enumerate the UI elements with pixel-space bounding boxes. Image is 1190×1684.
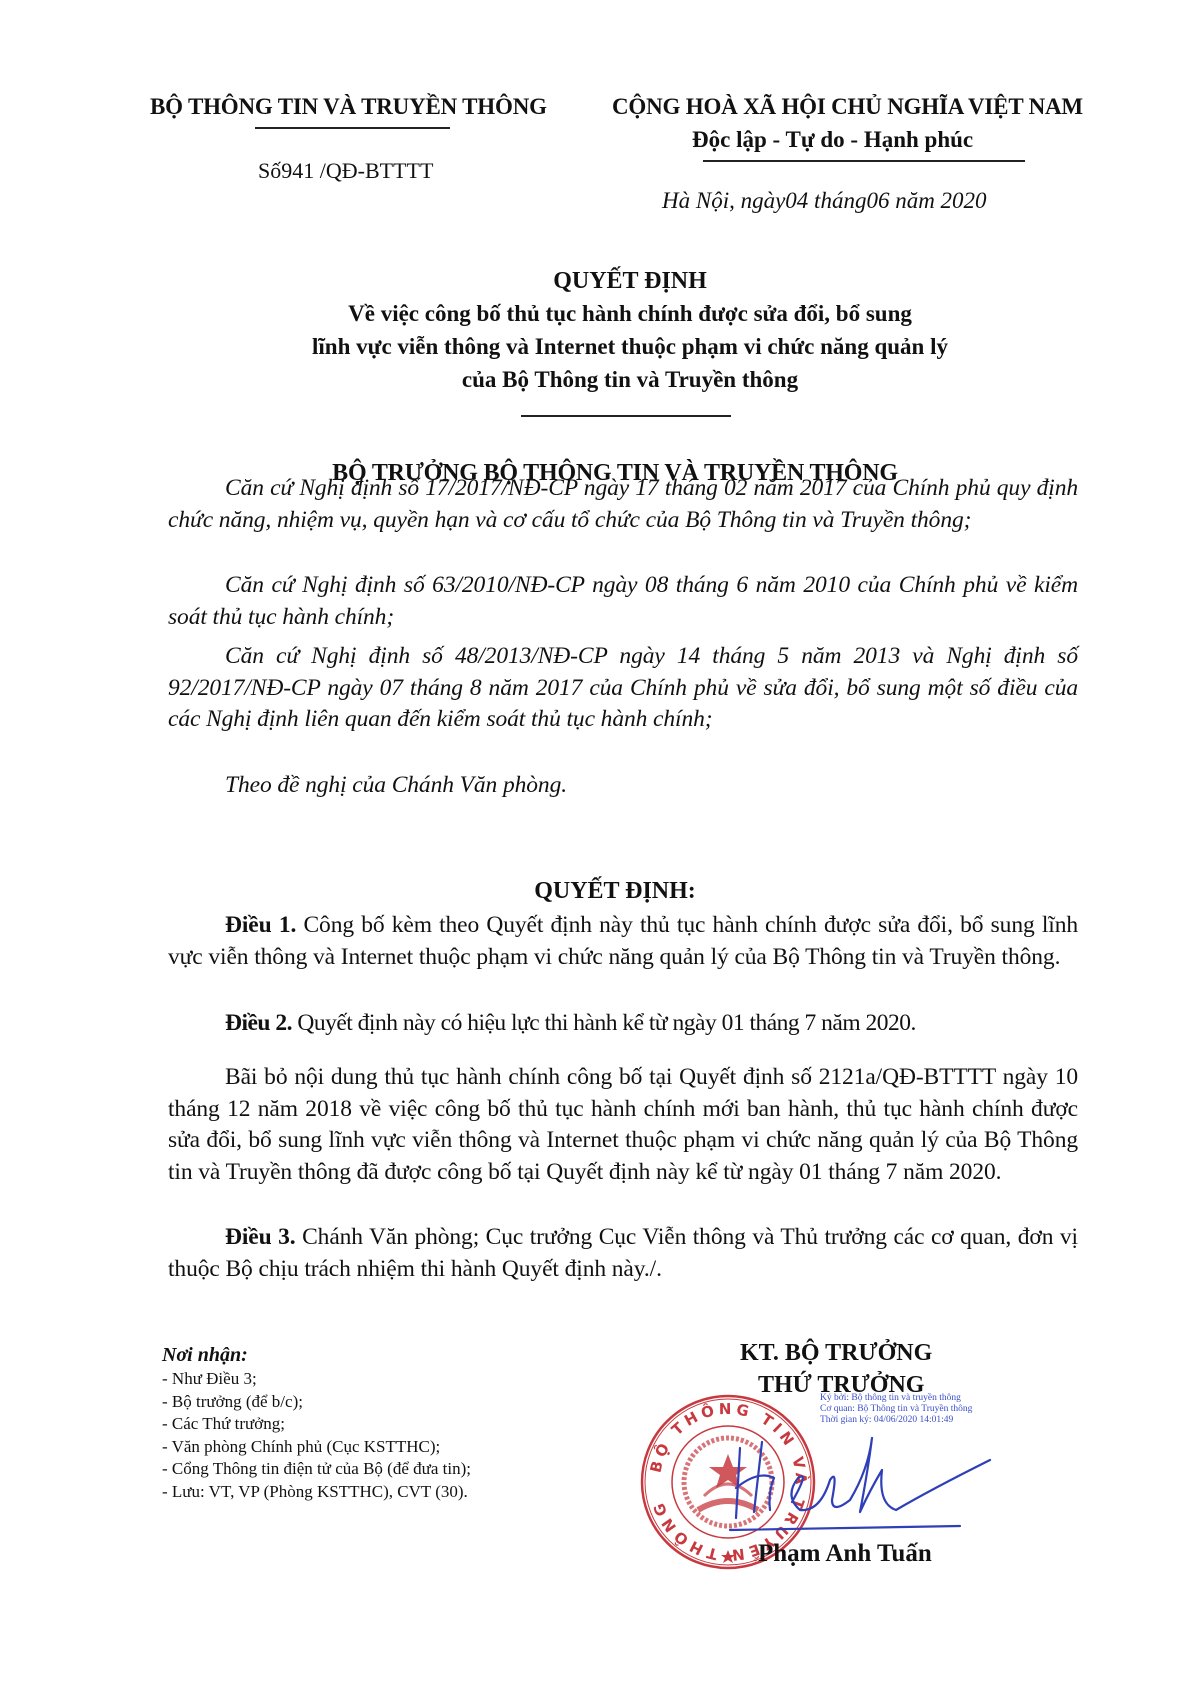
decide-heading: QUYẾT ĐỊNH: xyxy=(150,878,1080,905)
digital-signature-agency: Cơ quan: Bộ Thông tin và Truyền thông xyxy=(820,1404,972,1415)
digital-signature-info: Ký bởi: Bộ thông tin và truyền thông Cơ … xyxy=(820,1393,972,1426)
recipients-list: Nơi nhận: - Như Điều 3; - Bộ trưởng (để … xyxy=(162,1342,471,1503)
preamble-paragraph: Căn cứ Nghị định số 48/2013/NĐ-CP ngày 1… xyxy=(168,641,1078,736)
preamble-paragraph: Theo đề nghị của Chánh Văn phòng. xyxy=(168,770,1078,802)
article-label: Điều 2. xyxy=(225,1010,292,1036)
national-motto: Độc lập - Tự do - Hạnh phúc xyxy=(692,127,973,153)
recipient-item: - Bộ trưởng (để b/c); xyxy=(162,1391,471,1414)
decision-title-block: QUYẾT ĐỊNH Về việc công bố thủ tục hành … xyxy=(180,265,1080,396)
ministry-underline xyxy=(255,127,450,129)
signer-name: Phạm Anh Tuấn xyxy=(758,1540,932,1568)
article-1: Điều 1. Công bố kèm theo Quyết định này … xyxy=(168,910,1078,973)
article-text: Chánh Văn phòng; Cục trưởng Cục Viễn thô… xyxy=(168,1224,1078,1282)
decision-subject-line: của Bộ Thông tin và Truyền thông xyxy=(180,363,1080,396)
recipient-item: - Cổng Thông tin điện tử của Bộ (để đưa … xyxy=(162,1458,471,1481)
digital-signature-signer: Ký bởi: Bộ thông tin và truyền thông xyxy=(820,1393,972,1404)
article-2: Điều 2. Quyết định này có hiệu lực thi h… xyxy=(168,1008,1078,1040)
recipient-item: - Như Điều 3; xyxy=(162,1368,471,1391)
article-label: Điều 1. xyxy=(225,912,296,938)
article-2-repeal: Bãi bỏ nội dung thủ tục hành chính công … xyxy=(168,1062,1078,1188)
recipient-item: - Văn phòng Chính phủ (Cục KSTTHC); xyxy=(162,1436,471,1459)
title-separator xyxy=(521,415,731,417)
decision-subject-line: Về việc công bố thủ tục hành chính được … xyxy=(180,297,1080,330)
preamble-paragraph: Căn cứ Nghị định số 17/2017/NĐ-CP ngày 1… xyxy=(168,473,1078,536)
national-title: CỘNG HOÀ XÃ HỘI CHỦ NGHĨA VIỆT NAM xyxy=(612,94,1083,120)
decision-title: QUYẾT ĐỊNH xyxy=(180,265,1080,297)
article-label: Điều 3. xyxy=(225,1224,296,1250)
signature-title-primary: KT. BỘ TRƯỞNG xyxy=(740,1340,932,1367)
recipient-item: - Các Thứ trưởng; xyxy=(162,1413,471,1436)
motto-underline xyxy=(703,160,1025,162)
article-3: Điều 3. Chánh Văn phòng; Cục trưởng Cục … xyxy=(168,1222,1078,1285)
handwritten-signature-icon xyxy=(700,1430,1000,1540)
article-text: Công bố kèm theo Quyết định này thủ tục … xyxy=(168,912,1078,970)
article-text: Bãi bỏ nội dung thủ tục hành chính công … xyxy=(168,1064,1078,1185)
recipients-title: Nơi nhận: xyxy=(162,1342,471,1368)
digital-signature-time: Thời gian ký: 04/06/2020 14:01:49 xyxy=(820,1415,972,1426)
decision-subject-line: lĩnh vực viễn thông và Internet thuộc ph… xyxy=(180,330,1080,363)
preamble-paragraph: Căn cứ Nghị định số 63/2010/NĐ-CP ngày 0… xyxy=(168,570,1078,633)
recipient-item: - Lưu: VT, VP (Phòng KSTTHC), CVT (30). xyxy=(162,1481,471,1504)
issuing-authority: BỘ THÔNG TIN VÀ TRUYỀN THÔNG xyxy=(150,94,547,120)
article-text: Quyết định này có hiệu lực thi hành kể t… xyxy=(292,1010,916,1036)
document-number: Số941 /QĐ-BTTTT xyxy=(258,158,433,184)
issue-date: Hà Nội, ngày04 tháng06 năm 2020 xyxy=(662,188,987,214)
